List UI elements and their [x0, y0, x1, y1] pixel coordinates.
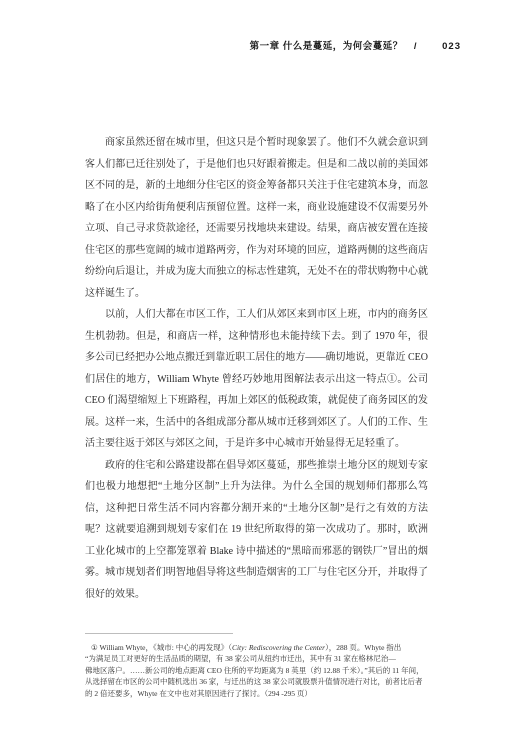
footnote-line: 佛地区落户。……新公司的地点距离 CEO 住所的平均距离为 8 英里（约 12.… — [85, 665, 432, 676]
footnote-book-title: City: Rediscovering the Center — [232, 643, 325, 652]
chapter-title: 第一章 什么是蔓延，为何会蔓延？ — [250, 41, 403, 52]
page-number: 023 — [442, 41, 461, 52]
running-header: 第一章 什么是蔓延，为何会蔓延？ / 023 — [0, 40, 511, 53]
footnote-line: ① William Whyte，《城市: 中心的再发现》（City: Redis… — [85, 642, 432, 653]
header-slash-separator: / — [414, 41, 417, 52]
footnote-marker: ① — [91, 643, 98, 652]
footnote-line: 从选择留在市区的公司中随机选出 36 家，与迁出的这 38 家公司就股票升值情况… — [85, 676, 432, 687]
paragraph-3: 政府的住宅和公路建设都在倡导郊区蔓延，那些推崇土地分区的规划专家们也极力地想把“… — [85, 455, 428, 606]
body-text: 商家虽然还留在城市里，但这只是个暂时现象罢了。他们不久就会意识到客人们都已迁往别… — [0, 132, 511, 605]
paragraph-1: 商家虽然还留在城市里，但这只是个暂时现象罢了。他们不久就会意识到客人们都已迁往别… — [85, 132, 428, 304]
footnote-line: 的 2 倍还要多，Whyte 在文中也对其原因进行了探讨。（294 -295 页… — [85, 688, 432, 699]
footnote-divider — [85, 633, 233, 634]
footnote: ① William Whyte，《城市: 中心的再发现》（City: Redis… — [0, 642, 511, 699]
footnote-reference-post: ），288 页。Whyte 指出 — [325, 643, 401, 652]
book-page: 第一章 什么是蔓延，为何会蔓延？ / 023 商家虽然还留在城市里，但这只是个暂… — [0, 0, 511, 750]
footnote-reference-pre: William Whyte，《城市: 中心的再发现》（ — [98, 643, 232, 652]
paragraph-2: 以前，人们大都在市区工作，工人们从郊区来到市区上班，市内的商务区生机勃勃。但是，… — [85, 304, 428, 455]
footnote-line: “为满足员工对更好的生活品质的期望，有 38 家公司从纽约市迁出，其中有 31 … — [85, 653, 432, 664]
